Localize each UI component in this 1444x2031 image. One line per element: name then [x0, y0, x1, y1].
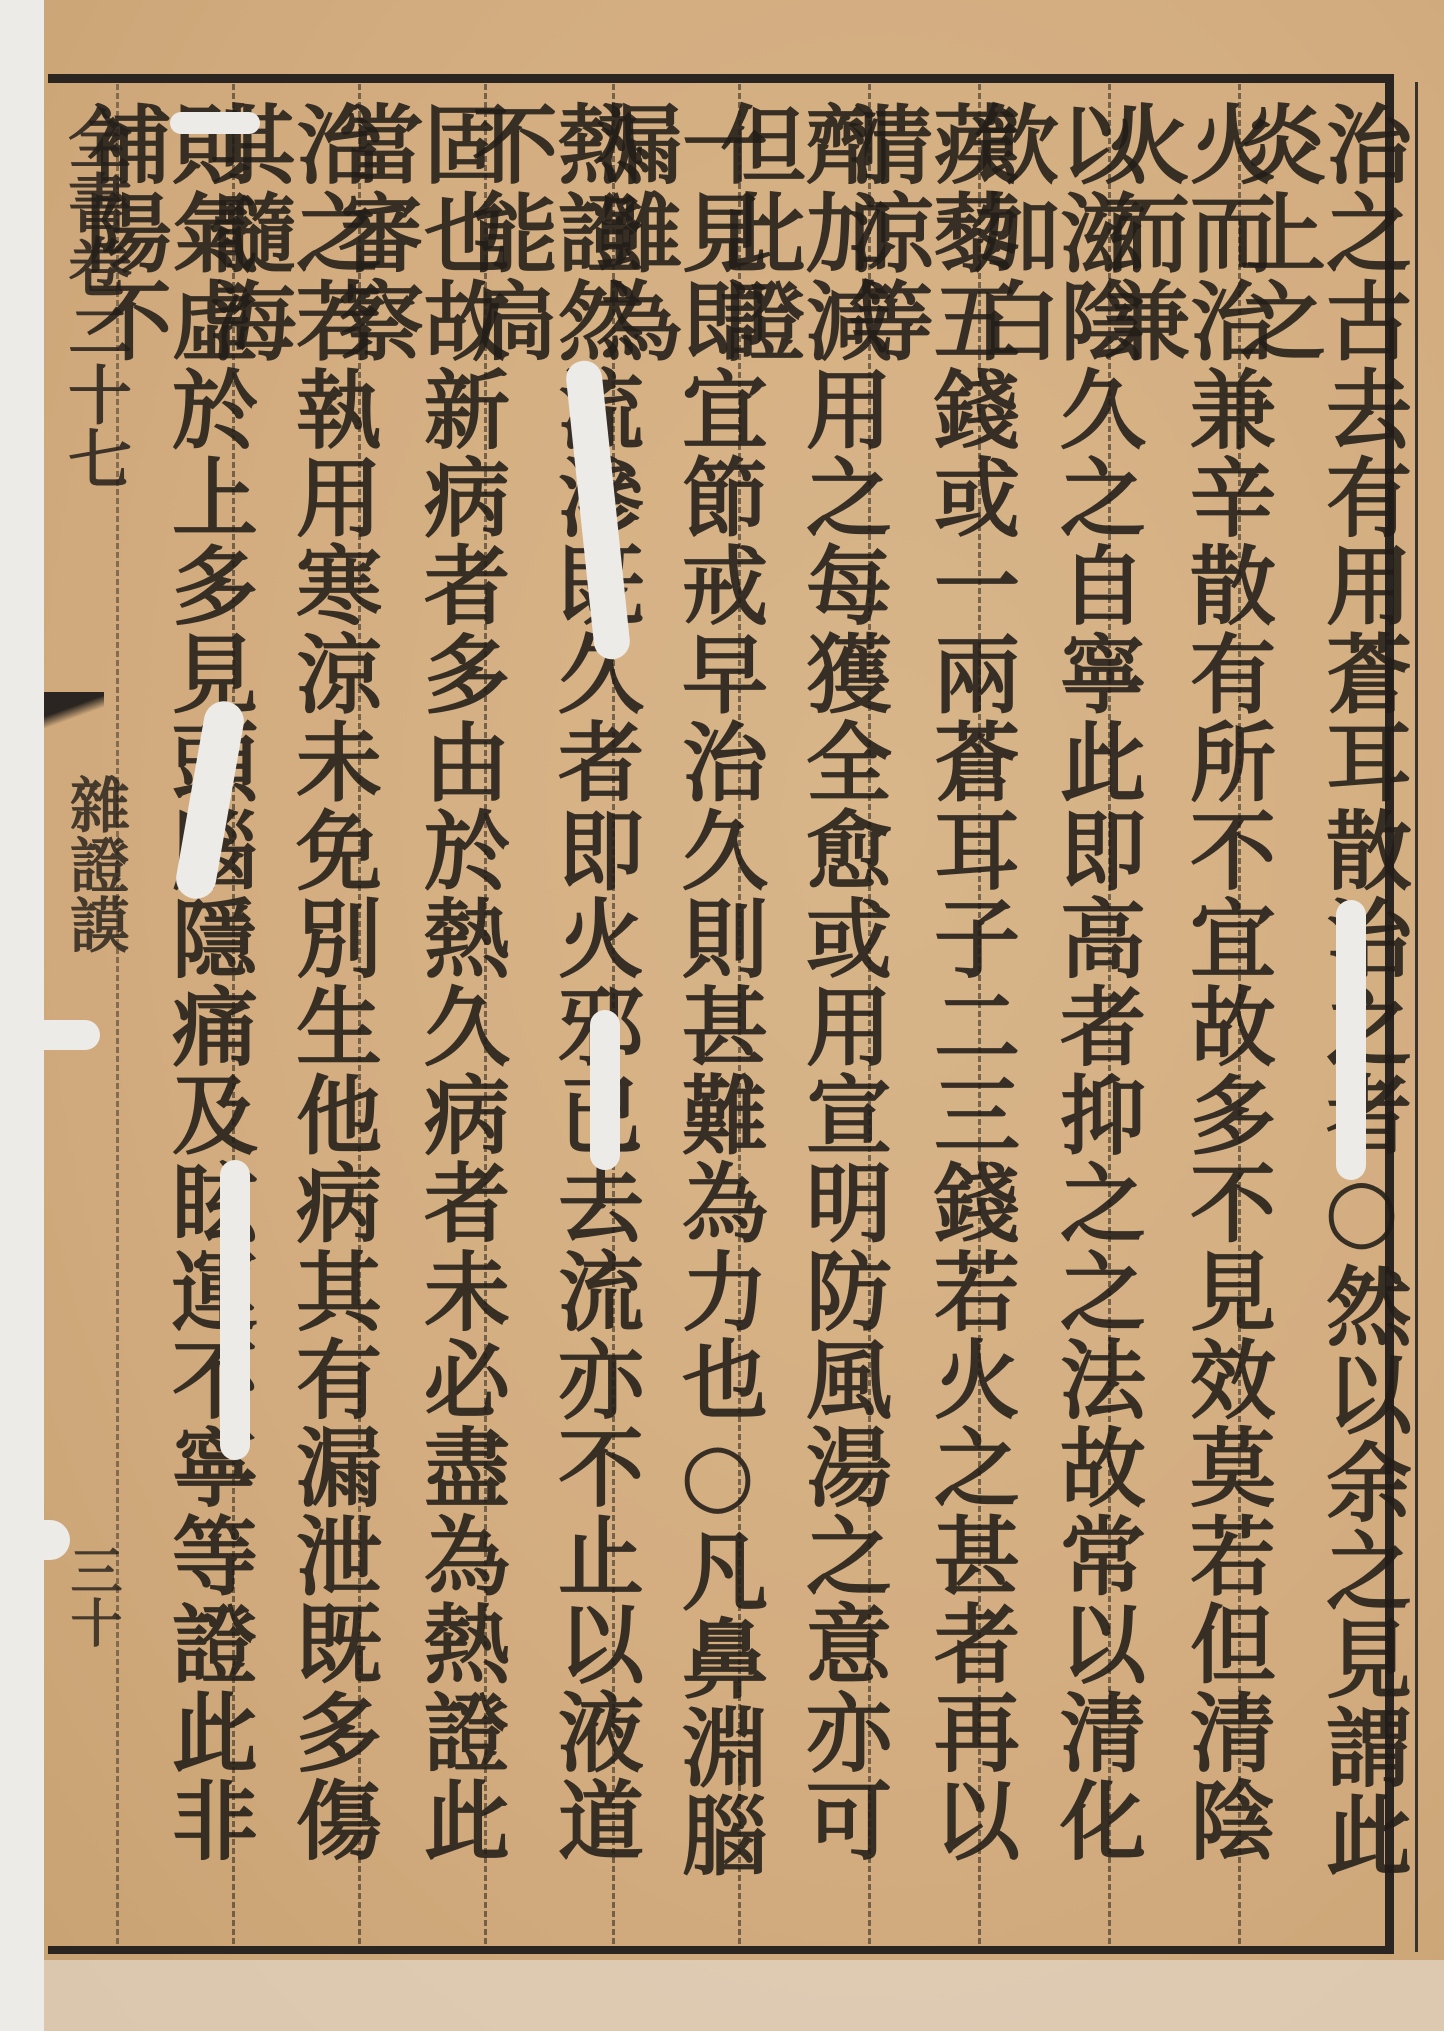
wormhole — [220, 1160, 250, 1460]
inner-border-line — [1415, 82, 1418, 1952]
torn-left-edge — [0, 0, 44, 2031]
wormhole — [590, 1010, 620, 1170]
torn-bottom-edge — [0, 1960, 1444, 2031]
book-title: 全書卷二十七 — [48, 106, 140, 490]
wormhole — [0, 1020, 100, 1050]
wormhole — [0, 1520, 70, 1560]
section-title: 雜證謨 — [52, 774, 138, 954]
page-number: 三十 — [54, 1544, 129, 1648]
wormhole — [1336, 900, 1366, 1180]
wormhole — [170, 112, 260, 134]
fish-tail-mark — [44, 692, 104, 732]
fold-margin: 全書卷二十七 雜證謨 三十 — [44, 84, 119, 1944]
